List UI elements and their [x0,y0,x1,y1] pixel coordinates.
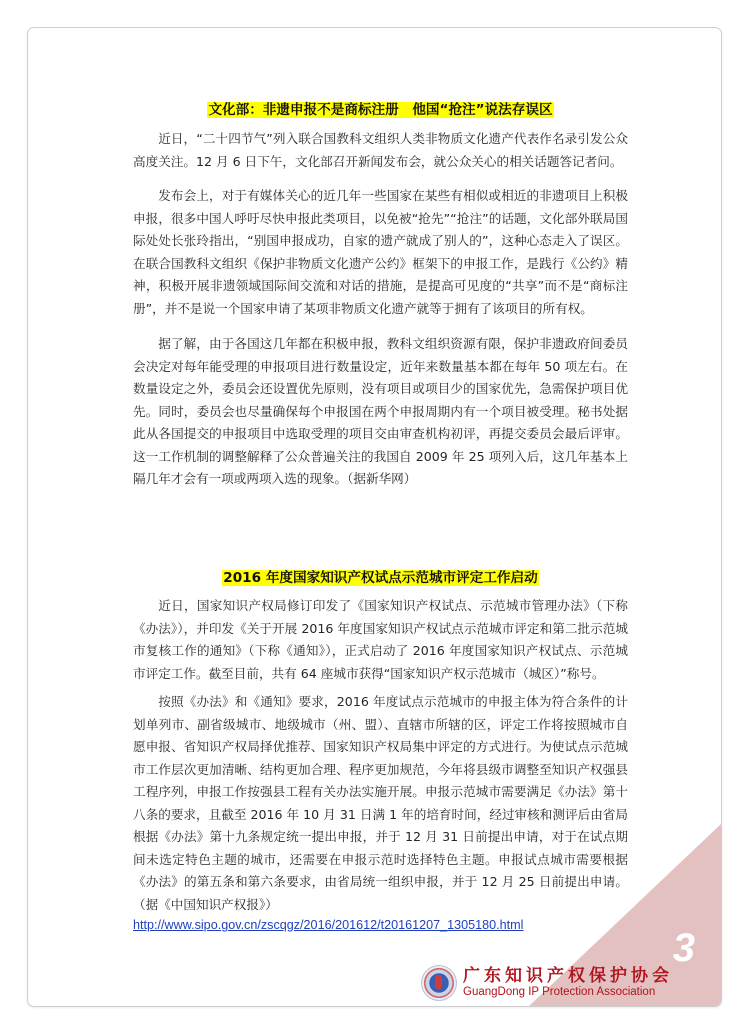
article-1-paragraph-1: 近日，“二十四节气”列入联合国教科文组织人类非物质文化遗产代表作名录引发公众高度… [133,128,628,173]
article-1-paragraph-3: 据了解，由于各国这几年都在积极申报，教科文组织资源有限，保护非遗政府间委员会决定… [133,333,628,491]
source-link[interactable]: http://www.sipo.gov.cn/zscqgz/2016/20161… [133,918,523,932]
article-2-headline-text: 2016 年度国家知识产权试点示范城市评定工作启动 [222,570,538,586]
article-2-paragraph-2: 按照《办法》和《通知》要求，2016 年度试点示范城市的申报主体为符合条件的计划… [133,691,628,916]
footer-brand: 广东知识产权保护协会 GuangDong IP Protection Assoc… [421,963,673,1003]
article-1-headline-text: 文化部：非遗申报不是商标注册 他国“抢注”说法存误区 [207,102,553,118]
article-1-paragraph-2: 发布会上，对于有媒体关心的近几年一些国家在某些有相似或相近的非遗项目上积极申报，… [133,185,628,320]
brand-text: 广东知识产权保护协会 GuangDong IP Protection Assoc… [463,967,673,1000]
page-number: 3 [673,928,695,968]
association-emblem-icon [421,965,457,1001]
org-name-en: GuangDong IP Protection Association [463,986,673,999]
org-name-cn: 广东知识产权保护协会 [463,967,673,987]
article-2-paragraph-1: 近日，国家知识产权局修订印发了《国家知识产权试点、示范城市管理办法》（下称《办法… [133,595,628,685]
article-1-headline: 文化部：非遗申报不是商标注册 他国“抢注”说法存误区 [133,101,628,119]
article-2-headline: 2016 年度国家知识产权试点示范城市评定工作启动 [133,569,628,587]
document-page: 3 文化部：非遗申报不是商标注册 他国“抢注”说法存误区 近日，“二十四节气”列… [27,27,722,1007]
